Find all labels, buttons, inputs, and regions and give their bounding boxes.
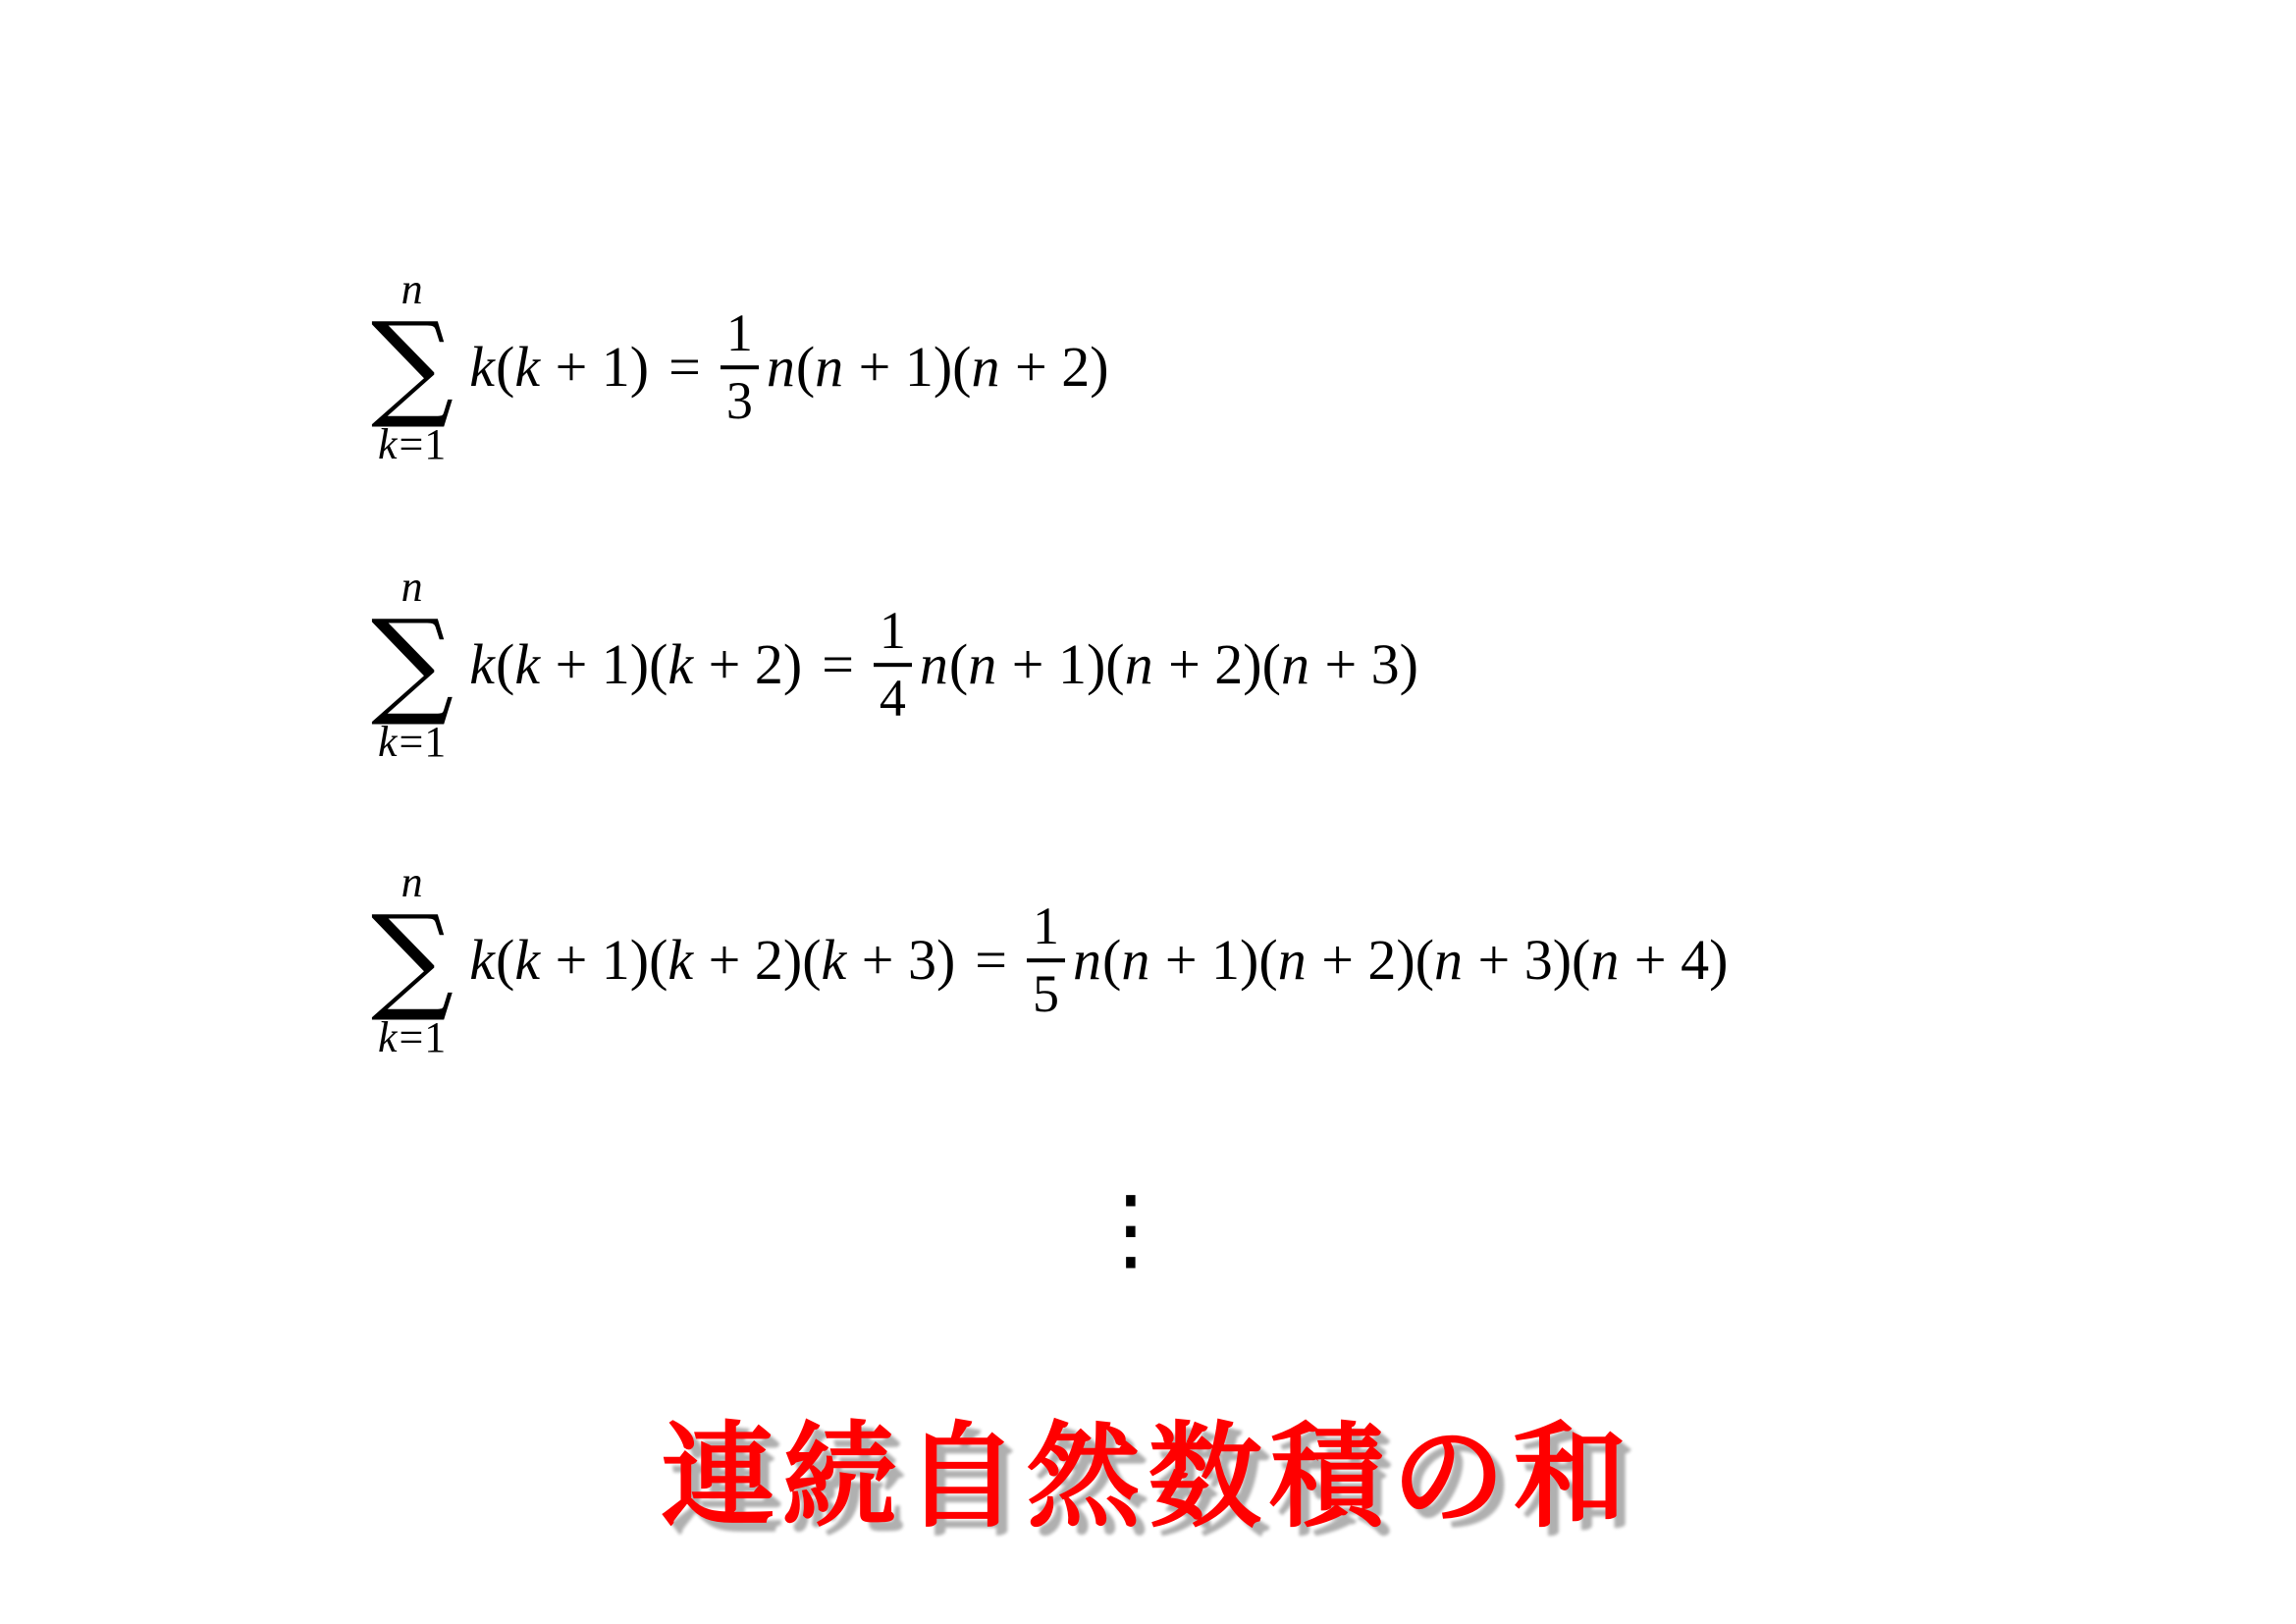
formula-lhs: k(k + 1) [469,339,649,396]
vertical-ellipsis-icon: ⋮ [1086,1184,1133,1274]
formula-lhs: k(k + 1)(k + 2)(k + 3) [469,932,955,989]
fraction-numerator: 1 [1027,897,1065,962]
formula-row-1: n ∑ k=1 k(k + 1) = 1 3 n(n + 1)(n + 2) [371,268,1109,466]
sum-lower-bound: k=1 [378,423,447,466]
summation-limits: n ∑ k=1 [371,566,454,764]
equals-sign: = [822,636,854,693]
slide-canvas: n ∑ k=1 k(k + 1) = 1 3 n(n + 1)(n + 2) n… [0,0,2296,1624]
formula-rhs: n(n + 1)(n + 2)(n + 3)(n + 4) [1073,932,1728,989]
formula-rhs: n(n + 1)(n + 2)(n + 3) [920,636,1418,693]
formula-lhs: k(k + 1)(k + 2) [469,636,802,693]
formula-body: k(k + 1)(k + 2)(k + 3) = 1 5 n(n + 1)(n … [469,897,1728,1024]
page-title: 連続自然数積の和 [0,1421,2296,1535]
fraction-numerator: 1 [721,304,759,369]
fraction: 1 5 [1027,897,1065,1024]
formula-row-2: n ∑ k=1 k(k + 1)(k + 2) = 1 4 n(n + 1)(n… [371,566,1418,764]
fraction: 1 4 [874,602,912,729]
formula-row-3: n ∑ k=1 k(k + 1)(k + 2)(k + 3) = 1 5 n(n… [371,861,1728,1059]
summation-limits: n ∑ k=1 [371,268,454,466]
fraction-denominator: 5 [1027,962,1065,1023]
sum-lower-bound: k=1 [378,721,447,764]
fraction-denominator: 3 [721,369,759,430]
equals-sign: = [668,339,701,396]
sigma-icon: ∑ [371,914,454,1002]
formula-rhs: n(n + 1)(n + 2) [767,339,1109,396]
formula-body: k(k + 1) = 1 3 n(n + 1)(n + 2) [469,304,1108,431]
equals-sign: = [975,932,1007,989]
sigma-icon: ∑ [371,321,454,409]
formula-body: k(k + 1)(k + 2) = 1 4 n(n + 1)(n + 2)(n … [469,602,1418,729]
fraction-denominator: 4 [874,667,912,728]
sigma-icon: ∑ [371,619,454,707]
fraction: 1 3 [721,304,759,431]
summation-limits: n ∑ k=1 [371,861,454,1059]
sum-lower-bound: k=1 [378,1016,447,1059]
fraction-numerator: 1 [874,602,912,667]
